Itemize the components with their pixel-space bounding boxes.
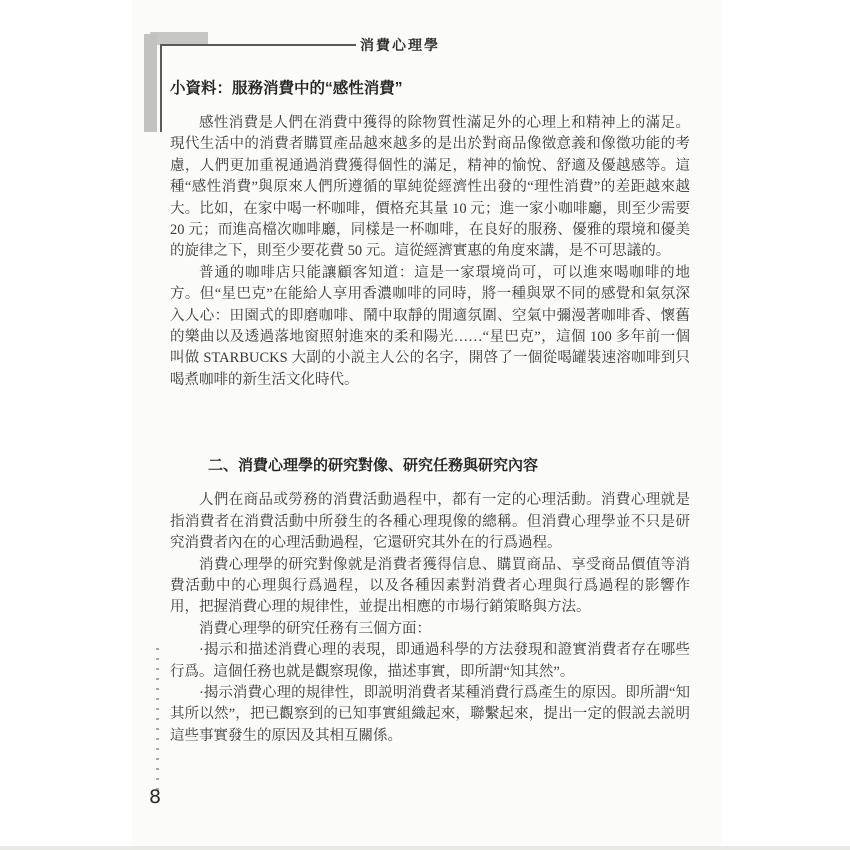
bullet-item: ·揭示消費心理的規律性，即説明消費者某種消費行爲產生的原因。即所謂“知其所以然”… [170,683,690,747]
page-number: 8 [149,786,161,808]
running-head-title: 消費心理學 [360,35,440,55]
bullet-item: ·揭示和描述消費心理的表現，即通過科學的方法發現和證實消費者存在哪些行爲。這個任… [170,640,690,683]
scan-bottom-edge [0,846,850,850]
screenshot-canvas: 消費心理學 小資料：服務消費中的“感性消費” 感性消費是人們在消費中獲得的除物質… [0,0,850,850]
section-paragraph: 人們在商品或勞務的消費活動過程中，都有一定的心理活動。消費心理就是指消費者在消費… [170,490,690,554]
header-rule-vertical [160,44,162,132]
section-heading: 二、消費心理學的研究對像、研究任務與研究內容 [170,455,690,477]
header-rule-horizontal [160,44,356,46]
section-paragraph: 消費心理學的研究對像就是消費者獲得信息、購買商品、享受商品價值等消費活動中的心理… [170,555,690,619]
margin-dotted-rule [156,648,159,790]
note-paragraph: 感性消費是人們在消費中獲得的除物質性滿足外的心理上和精神上的滿足。現代生活中的消… [170,113,690,263]
note-heading: 小資料：服務消費中的“感性消費” [170,78,690,100]
corner-decoration-vertical-bar [144,34,157,132]
page-content: 小資料：服務消費中的“感性消費” 感性消費是人們在消費中獲得的除物質性滿足外的心… [170,78,690,747]
section-paragraph: 消費心理學的研究任務有三個方面： [170,619,690,640]
book-page: 消費心理學 小資料：服務消費中的“感性消費” 感性消費是人們在消費中獲得的除物質… [132,0,722,850]
note-paragraph: 普通的咖啡店只能讓顧客知道：這是一家環境尚可，可以進來喝咖啡的地方。但“星巴克”… [170,263,690,391]
